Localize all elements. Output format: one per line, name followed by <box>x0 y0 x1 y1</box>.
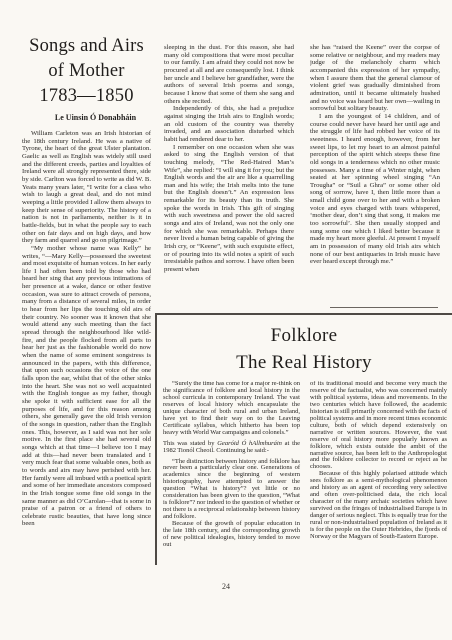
folklore-box-top-rule <box>155 313 452 315</box>
article1-byline: Le Uinsin Ó Donabháin <box>40 113 151 122</box>
paragraph: “Surely the time has come for a major re… <box>163 381 300 437</box>
paragraph: “The distinction between history and fol… <box>163 459 300 522</box>
article1-title-line: Songs and Airs <box>22 34 151 59</box>
paragraph: Because of the growth of popular educati… <box>163 521 300 549</box>
attribution-prefix: This was stated by <box>163 440 217 447</box>
folklore-column-right: of its traditional mould and become very… <box>310 381 447 581</box>
folklore-columns: “Surely the time has come for a major re… <box>163 381 448 581</box>
paragraph: William Carleton was an Irish historian … <box>22 130 151 245</box>
folklore-title: Folklore The Real History <box>163 322 445 376</box>
article1-column-2: sleeping in the dust. For this reason, s… <box>164 44 294 312</box>
paragraph: I am the youngest of 14 children, and of… <box>310 113 440 266</box>
article1-column-1: Songs and Airs of Mother 1783—1850 Le Ui… <box>22 34 151 579</box>
paragraph: I remember on one occasion when she was … <box>164 144 294 274</box>
magazine-page: Songs and Airs of Mother 1783—1850 Le Ui… <box>0 0 452 640</box>
article1-title-line: of Mother <box>22 59 151 84</box>
paragraph: Independently of this, she had a prejudi… <box>164 105 294 143</box>
paragraph: of its traditional mould and become very… <box>310 381 447 471</box>
paragraph: Because of this highly polarised attitud… <box>310 471 447 541</box>
page-number: 24 <box>0 582 452 591</box>
paragraph: sleeping in the dust. For this reason, s… <box>164 44 294 105</box>
paragraph-attribution: This was stated by Gearóid Ó hAllmhuráin… <box>163 441 300 455</box>
article1-title-line: 1783—1850 <box>22 84 151 109</box>
folklore-column-left: “Surely the time has come for a major re… <box>163 381 300 581</box>
folklore-box-left-rule <box>155 313 157 565</box>
article1-column-3: she has “raised the Keene” over the corp… <box>310 44 440 300</box>
paragraph: she has “raised the Keene” over the corp… <box>310 44 440 113</box>
article1-title: Songs and Airs of Mother 1783—1850 <box>22 34 151 109</box>
paragraph: “My mother whose name was Kelly” he writ… <box>22 245 151 528</box>
article1-end-rule <box>330 307 438 308</box>
folklore-title-line: Folklore <box>163 322 445 349</box>
speaker-name: Gearóid Ó hAllmhuráin <box>217 440 282 447</box>
folklore-title-line: The Real History <box>163 349 445 376</box>
